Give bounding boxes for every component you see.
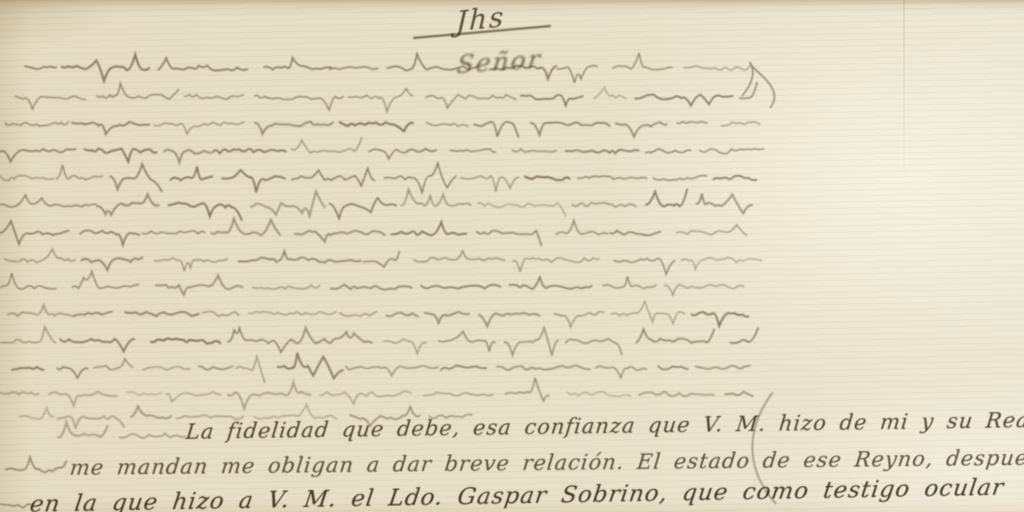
manuscript-scan: Jhs Señor La fidelidad que debe, esa con… [0, 0, 1024, 512]
handwriting-body-illegible [0, 0, 1024, 512]
